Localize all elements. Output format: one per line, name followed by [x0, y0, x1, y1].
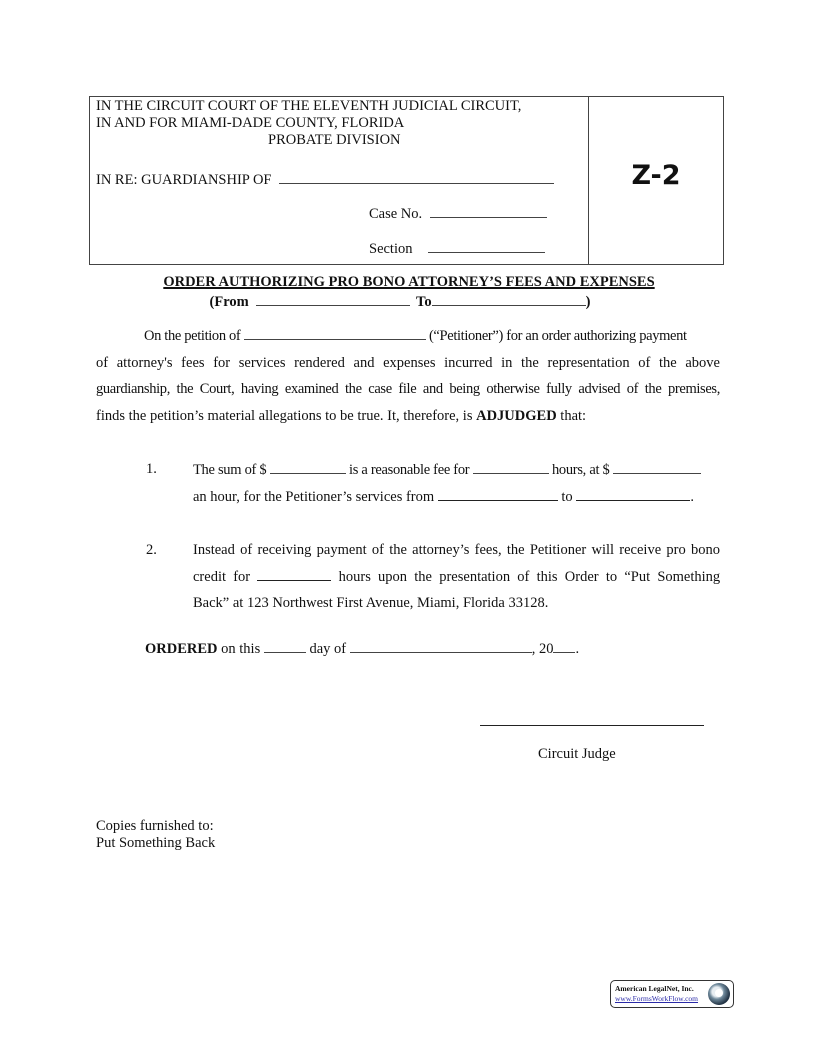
american-legalnet-badge[interactable]: American LegalNet, Inc. www.FormsWorkFlo… [610, 980, 734, 1008]
intro-suffix: (“Petitioner”) for an order authorizing … [429, 328, 687, 344]
fee-sum-field[interactable] [270, 460, 346, 474]
item-1-text-e: to [561, 489, 572, 505]
close-paren: ) [586, 294, 591, 310]
to-label: To [416, 294, 432, 310]
intro-line2: of attorney's fees for services rendered… [96, 350, 720, 377]
case-no-row: Case No. [369, 204, 547, 223]
intro-line4-suffix: that: [560, 408, 586, 424]
section-row: Section [369, 239, 545, 258]
item-2-line2: credit for hours upon the presentation o… [193, 564, 720, 591]
judge-signature-line[interactable] [480, 725, 704, 726]
item-1-line1: The sum of $ is a reasonable fee for hou… [193, 457, 720, 484]
item-1: The sum of $ is a reasonable fee for hou… [193, 457, 720, 510]
hourly-rate-field[interactable] [613, 460, 701, 474]
copies-furnished-label: Copies furnished to: [96, 818, 214, 835]
ordered-line: ORDERED on this day of , 20. [145, 639, 579, 658]
section-field[interactable] [428, 239, 545, 253]
in-re-label: IN RE: GUARDIANSHIP OF [96, 172, 272, 188]
credit-hours-field[interactable] [257, 567, 331, 581]
intro-line4: finds the petition’s material allegation… [96, 403, 720, 430]
item-2-text-a: credit for [193, 569, 250, 585]
item-1-text-c: hours, at $ [552, 462, 610, 478]
item-1-text-a: The sum of $ [193, 462, 266, 478]
form-code: Z-2 [588, 160, 724, 191]
case-no-field[interactable] [430, 204, 547, 218]
petitioner-name-field[interactable] [244, 326, 426, 340]
ordered-text-a: on this [221, 641, 260, 657]
badge-company: American LegalNet, Inc. [615, 984, 694, 993]
intro-line1: On the petition of (“Petitioner”) for an… [96, 323, 720, 350]
intro-line3: guardianship, the Court, having examined… [96, 376, 720, 403]
item-2: Instead of receiving payment of the atto… [193, 537, 720, 617]
intro-line4-prefix: finds the petition’s material allegation… [96, 408, 472, 424]
order-title-text: ORDER AUTHORIZING PRO BONO ATTORNEY’S FE… [163, 274, 654, 290]
order-title: ORDER AUTHORIZING PRO BONO ATTORNEY’S FE… [89, 274, 729, 291]
services-from-field[interactable] [438, 487, 558, 501]
guardianship-name-field[interactable] [279, 170, 554, 184]
court-name-line1: IN THE CIRCUIT COURT OF THE ELEVENTH JUD… [96, 98, 521, 115]
badge-url-link[interactable]: www.FormsWorkFlow.com [615, 994, 698, 1003]
intro-prefix: On the petition of [144, 328, 240, 344]
title-from-date-field[interactable] [256, 292, 410, 306]
item-1-number: 1. [146, 461, 157, 478]
adjudged-label: ADJUDGED [476, 408, 557, 424]
in-re-row: IN RE: GUARDIANSHIP OF [96, 170, 554, 189]
item-1-line2: an hour, for the Petitioner’s services f… [193, 484, 720, 511]
intro-paragraph: On the petition of (“Petitioner”) for an… [96, 323, 720, 429]
order-year-field[interactable] [553, 639, 575, 653]
circuit-judge-label: Circuit Judge [538, 746, 616, 763]
ordered-text-b: day of [309, 641, 346, 657]
order-day-field[interactable] [264, 639, 306, 653]
ordered-period: . [575, 641, 579, 657]
title-to-date-field[interactable] [432, 292, 586, 306]
court-name-line2: IN AND FOR MIAMI-DADE COUNTY, FLORIDA [96, 115, 404, 132]
item-2-text-b: hours upon the presentation of this Orde… [339, 569, 721, 585]
item-2-line3: Back” at 123 Northwest First Avenue, Mia… [193, 590, 720, 617]
fee-hours-field[interactable] [473, 460, 549, 474]
case-no-label: Case No. [369, 206, 422, 222]
item-1-text-d: an hour, for the Petitioner’s services f… [193, 489, 434, 505]
item-1-text-b: is a reasonable fee for [349, 462, 469, 478]
date-range-row: (From To) [80, 292, 720, 311]
order-month-field[interactable] [350, 639, 532, 653]
globe-logo-icon [708, 983, 730, 1005]
item-2-number: 2. [146, 542, 157, 559]
item-2-line1: Instead of receiving payment of the atto… [193, 537, 720, 564]
ordered-label: ORDERED [145, 641, 218, 657]
services-to-field[interactable] [576, 487, 690, 501]
item-1-period: . [690, 489, 694, 505]
from-label: (From [210, 294, 249, 310]
section-label: Section [369, 241, 413, 257]
copies-recipient: Put Something Back [96, 835, 215, 852]
division-label: PROBATE DIVISION [268, 132, 401, 149]
ordered-text-c: , 20 [532, 641, 554, 657]
